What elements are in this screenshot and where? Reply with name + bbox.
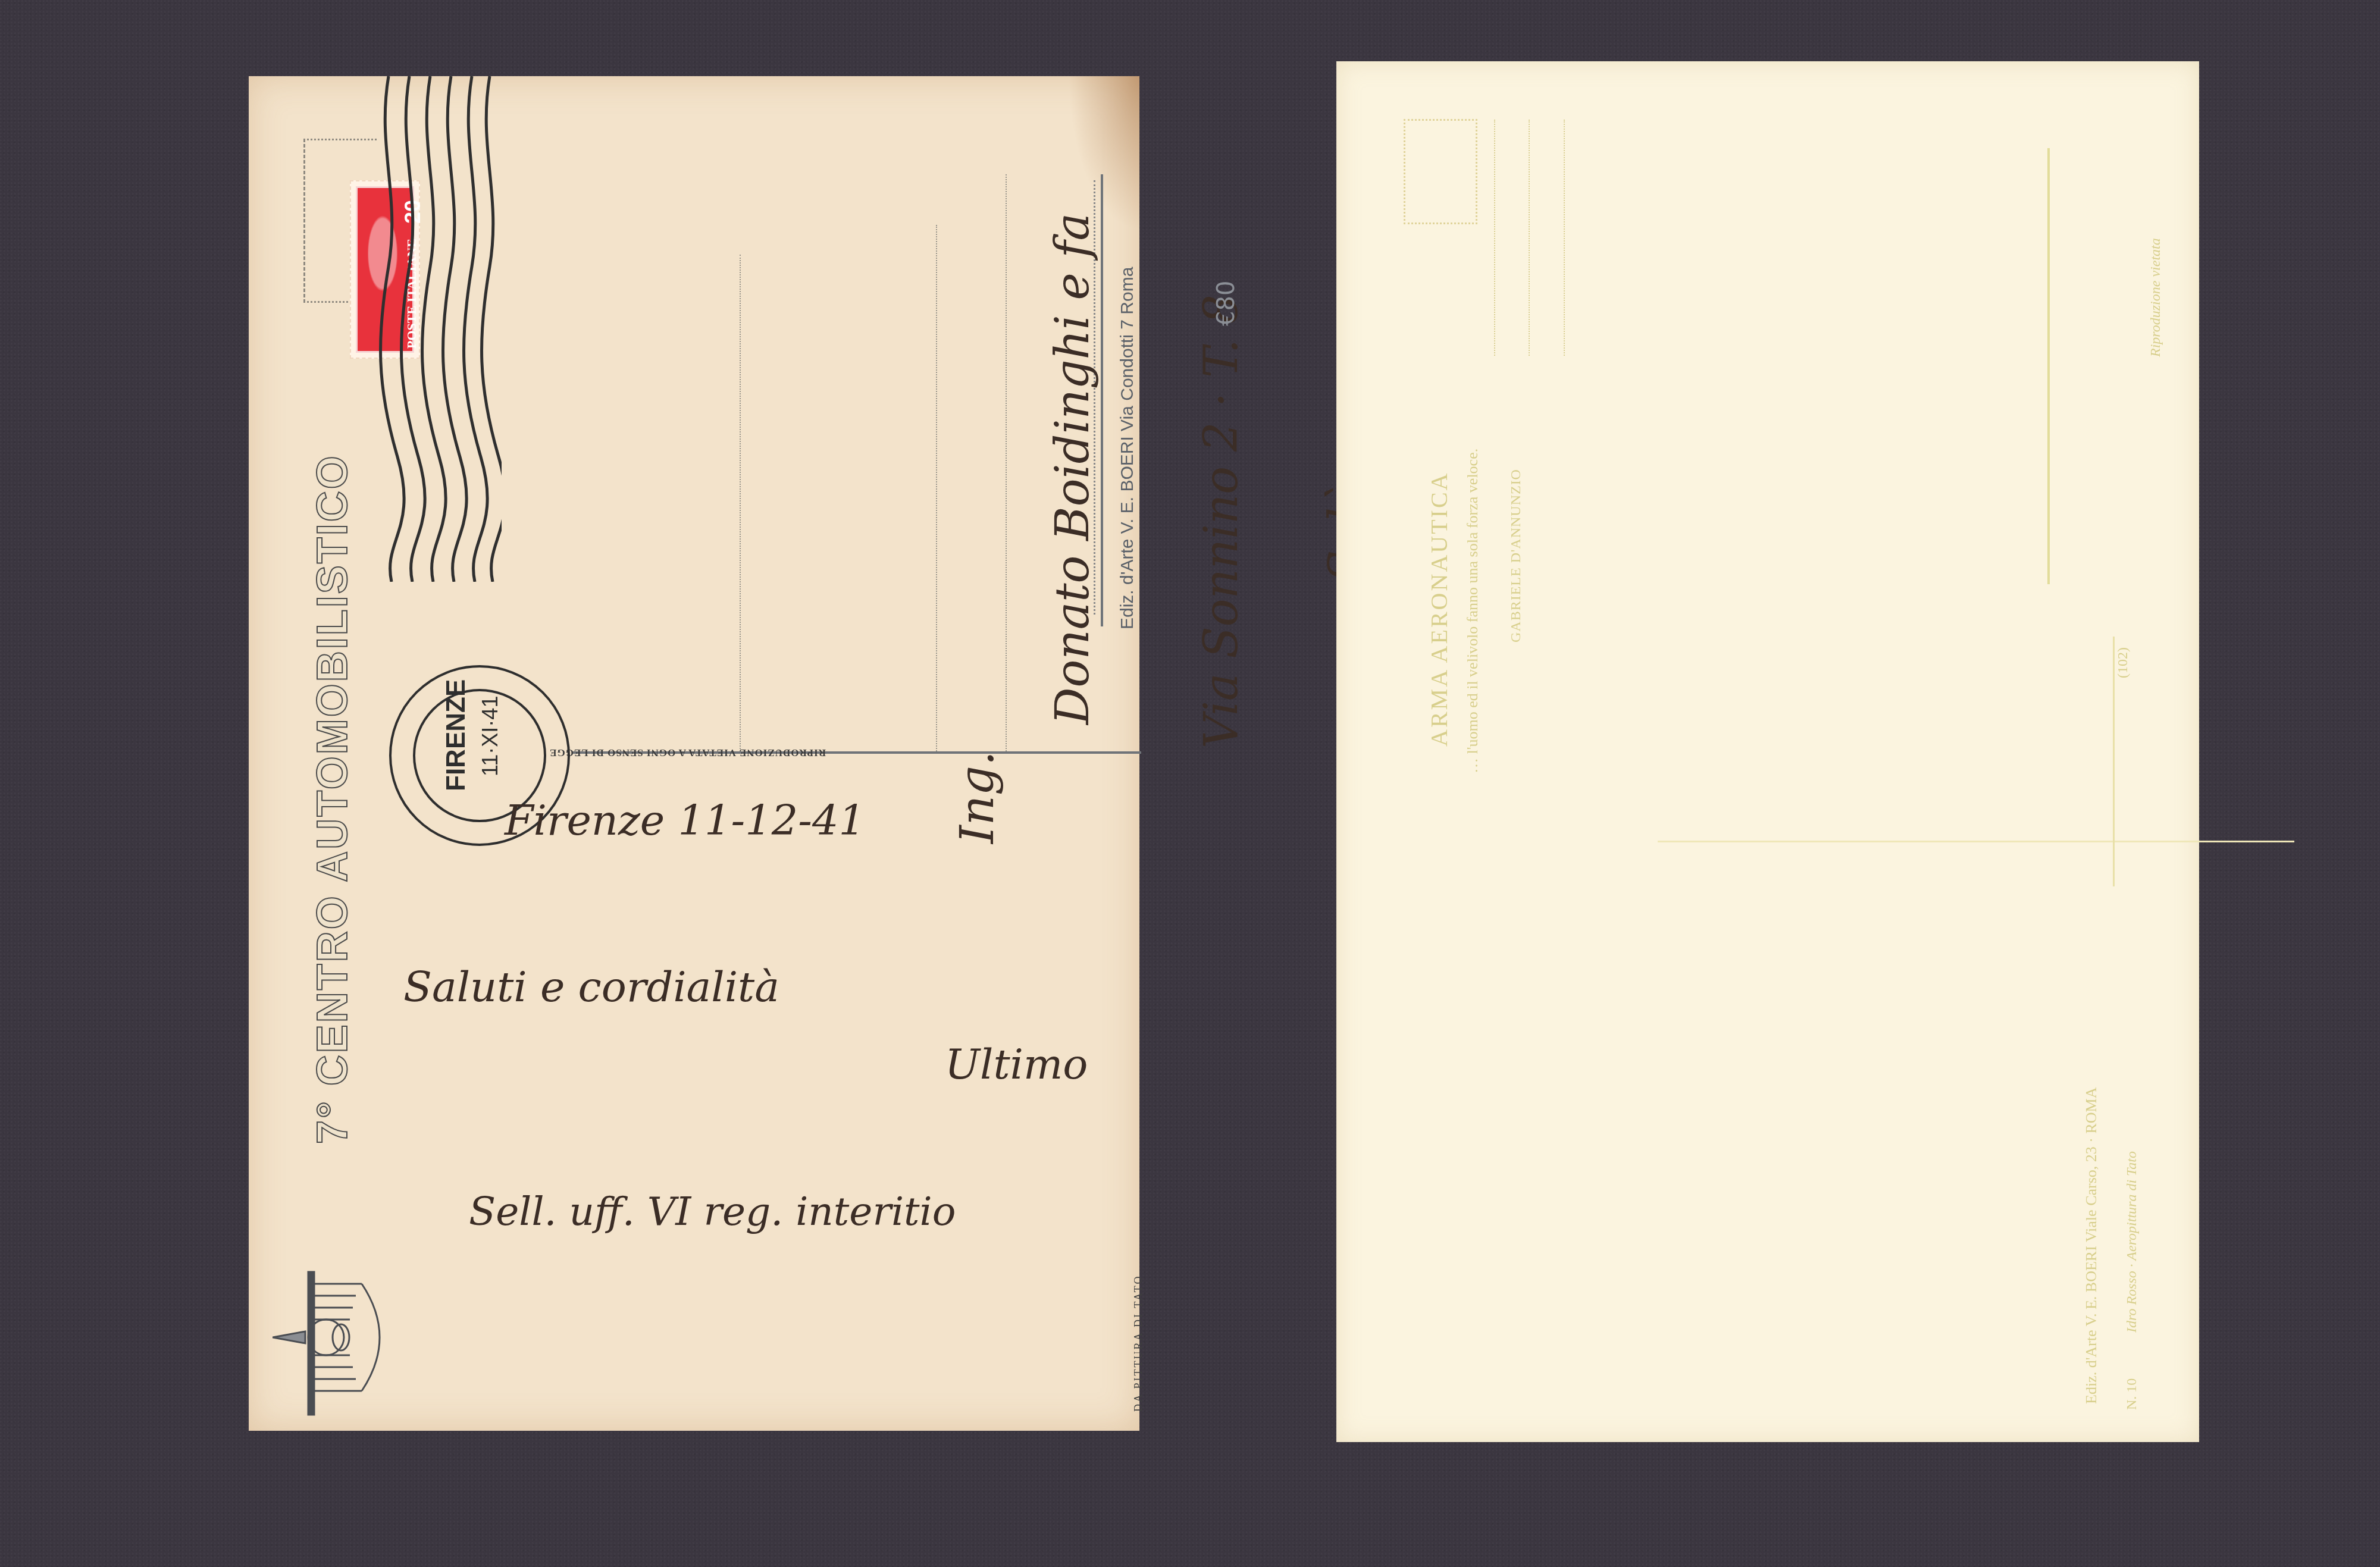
- handwritten-address-line-2: Donato Boidinghi e fa: [1046, 213, 1100, 725]
- catalog-number: (102): [2115, 647, 2131, 678]
- address-guide-line: [740, 255, 741, 751]
- address-guide-line: [1564, 120, 1565, 356]
- card-heading: ARMA AERONAUTICA: [1425, 472, 1453, 747]
- quote-author: GABRIELE D'ANNUNZIO: [1508, 469, 1524, 643]
- address-rule: [2047, 148, 2050, 584]
- handwritten-greeting: Saluti e cordialità: [403, 963, 779, 1011]
- handwritten-signature: Ultimo: [945, 1040, 1088, 1089]
- reproduction-notice: RIPRODUZIONE VIETATA A OGNI SENSO DI LEG…: [549, 747, 826, 759]
- svg-text:FIRENZE: FIRENZE: [441, 679, 471, 791]
- handwritten-date: Firenze 11-12-41: [505, 796, 865, 845]
- handwritten-address-line-1: Ing.: [951, 751, 1004, 844]
- address-guide-line: [1494, 120, 1495, 356]
- artist-credit: DA PITTURA DI TATO: [1132, 1275, 1145, 1412]
- dannunzio-quote: … l'uomo ed il velivolo fanno una sola f…: [1464, 449, 1482, 773]
- postcard-back-right: ARMA AERONAUTICA … l'uomo ed il velivolo…: [1336, 61, 2199, 1442]
- series-number: N. 10: [2124, 1378, 2140, 1410]
- message-divider: [1658, 841, 2294, 842]
- publisher-imprint: Ediz. d'Arte V. E. BOERI Viale Carso, 23…: [2082, 1088, 2100, 1404]
- card-title: 7° CENTRO AUTOMOBILISTICO: [308, 454, 357, 1144]
- handwritten-sender-unit: Sell. uff. VI reg. interitio: [469, 1189, 956, 1234]
- automobile-corps-emblem: [273, 1260, 409, 1421]
- machine-cancel-wavy-lines: [365, 76, 502, 582]
- stamp-placement-box: [1404, 119, 1477, 224]
- handwritten-address-line-3: Via Sonnino 2 · T. 8: [1195, 294, 1248, 748]
- svg-text:11·XI·41: 11·XI·41: [478, 696, 502, 776]
- postcard-front-left: POSTE ITALIANE 20 7° CENTRO AUTOMOBILIST…: [249, 76, 1139, 1431]
- address-guide-line: [936, 225, 937, 751]
- imprint-rule: [2113, 637, 2115, 886]
- address-guide-line: [1006, 174, 1007, 751]
- publisher-imprint: Ediz. d'Arte V. E. BOERI Via Condotti 7 …: [1117, 267, 1138, 629]
- reproduction-notice: Riproduzione vietata: [2148, 238, 2164, 357]
- pencil-price: €80: [1213, 281, 1240, 326]
- publisher-rule: [1101, 174, 1103, 626]
- artwork-subtitle: Idro Rosso · Aeropittura di Tato: [2124, 1151, 2140, 1333]
- address-guide-line: [1529, 120, 1530, 356]
